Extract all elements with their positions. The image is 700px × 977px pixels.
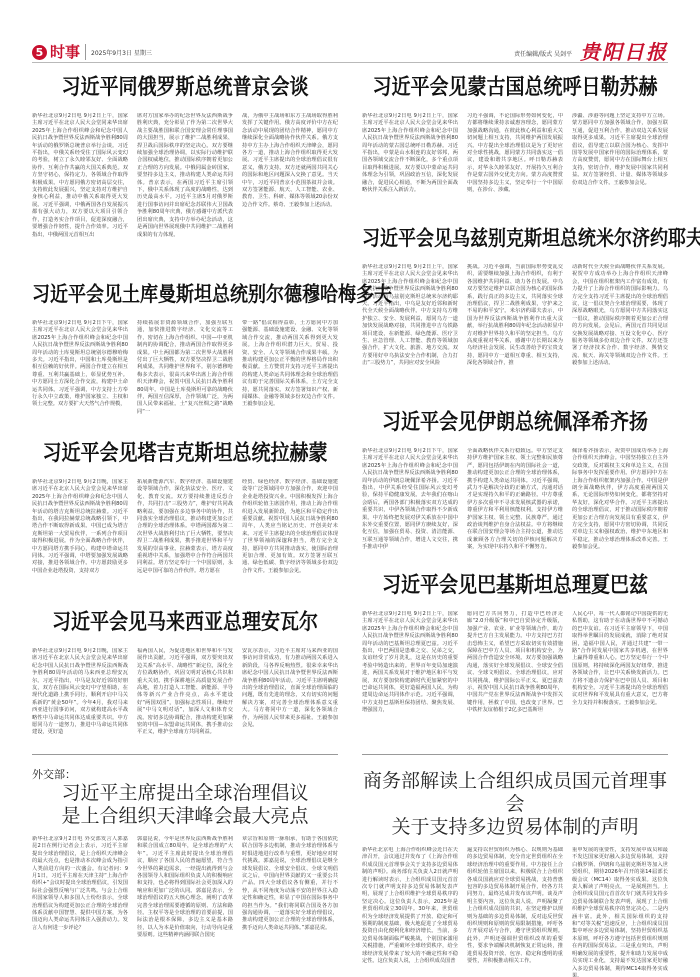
article-body: 新华社北京9月2日电 9月2日上午，国家主席习近平在北京人民大会堂会见来华出席2… <box>362 113 668 213</box>
article-column: 郭嘉昆说，今年是世界反法西斯战争胜利和联合国成立80周年，是全球治理的“大年”。… <box>137 836 233 958</box>
article-body: 新华社北京9月2日电 9月2日上午，国家主席习近平在北京人民大会堂会见来华出席2… <box>362 611 668 741</box>
article-column: 章宗旨和原则一脉相承，有助于各国依托联合国等多边机制，推动全球治理体系与时俱进地… <box>242 836 338 958</box>
article-kicker: 外交部： <box>32 766 338 782</box>
article-headline-line2: 是上合组织天津峰会最大亮点 <box>32 805 338 828</box>
article-column: 经贸、绿色经济、数字经济、基础设施建设等广泛领域同中方加强合作，欢迎中国企业赴塔… <box>242 479 338 589</box>
article-headline-line1: 商务部解读上合组织成员国元首理事会 <box>362 770 668 816</box>
article-body: 新华社北京9月2日电 9月2日晚，国家主席习近平在北京人民大会堂会见来华出席纪念… <box>32 648 338 740</box>
article-headline-line2: 关于支持多边贸易体制的声明 <box>362 816 668 839</box>
article-headline: 习近平会见土库曼斯坦总统别尔德穆哈梅多夫 <box>32 278 338 308</box>
article-column: 新华社北京9月2日电 9月2日晚，国家主席习近平在北京人民大会堂会见来华出席20… <box>32 479 128 589</box>
article-mongolia: 习近平会见蒙古国总统呼日勒苏赫 新华社北京9月2日电 9月2日上午，国家主席习近… <box>362 68 668 218</box>
article-headline: 习近平会见伊朗总统佩泽希齐扬 <box>362 405 668 436</box>
article-column: 动新时代全天候全面战略伙伴关系发展。祝贺中方成功举办上海合作组织天津峰会，中国在… <box>572 264 668 392</box>
article-column: 习近平强调，不论国际形势如何变化，中方都将继续秉持亲诚惠容理念，愿同蒙方加强战略… <box>467 113 563 213</box>
article-column: 席对方国家举办的纪念世界反法西斯战争胜利庆典，充分彰显了作为第二次世界大战主要战… <box>137 113 233 248</box>
article-column: 安瓦尔表示，习近平主席对马来西亚的国事访问非常成功，有力推动两国关系进入新阶段，… <box>242 648 338 740</box>
article-column: 佩泽希齐扬表示，祝贺中国成功举办上海合作组织天津峰会。中国坚持独立自主外交政策，… <box>572 448 668 558</box>
article-column: 新华社北京9月2日电 9月2日下午，国家主席习近平在北京人民大会堂会见来华出席2… <box>362 448 458 558</box>
article-body: 新华社北京电 上海合作组织峰会近日在天津召开，会议通过并发布了《上海合作组织成员… <box>362 847 668 977</box>
article-turkmenistan: 习近平会见土库曼斯坦总统别尔德穆哈梅多夫 新华社北京9月2日电 9月2日下午，国… <box>32 280 338 430</box>
article-malaysia: 习近平会见马来西亚总理安瓦尔 新华社北京9月2日电 9月2日晚，国家主席习近平在… <box>32 607 338 747</box>
article-body: 新华社北京9月2日电 9月2日下午，国家主席习近平在北京人民大会堂会见来华出席2… <box>362 448 668 558</box>
article-column: 新华社北京9月2日电 9月2日晚，国家主席习近平在北京人民大会堂会见来华出席纪念… <box>32 648 128 740</box>
issue-date: 2025年9月3日 星期三 <box>91 48 152 57</box>
article-column: 全面战略伙伴关系行稳致远。中方坚定支持伊方维护国家主权、领土完整和民族尊严，愿同… <box>467 448 563 558</box>
article-body: 新华社北京9月2日电 9月2日下午，国家主席习近平在北京人民大会堂会见来华出席2… <box>32 320 338 420</box>
article-headline: 习近平会见乌兹别克斯坦总统米尔济约耶夫 <box>362 222 668 252</box>
article-column: 持续拓展非资源领域合作，加强互联互通，加快推进数字经济、文化交流等工作，密切在上… <box>137 320 233 420</box>
article-column: 重申发展的重要性，支持发展中成员和最不发达国家更好融入多边贸易体制，支持白俄罗斯… <box>572 847 668 977</box>
article-iran: 习近平会见伊朗总统佩泽希齐扬 新华社北京9月2日电 9月2日下午，国家主席习近平… <box>362 407 668 557</box>
article-foreign-ministry: 外交部： 习近平主席提出全球治理倡议 是上合组织天津峰会最大亮点 新华社北京9月… <box>32 766 338 971</box>
article-headline: 习近平会见塔吉克斯坦总统拉赫蒙 <box>32 436 338 467</box>
editor-credit: 责任编辑/版式 吴剑平 <box>514 49 572 58</box>
article-body: 新华社北京9月2日电 9月2日上午，国家主席习近平在北京人民大会堂同来华出席20… <box>32 113 338 248</box>
article-body: 新华社北京9月2日电 9月2日晚，国家主席习近平在北京人民大会堂会见来华出席20… <box>32 479 338 589</box>
article-headline: 习近平同俄罗斯总统普京会谈 <box>32 70 338 101</box>
article-column: 福两国人民，为促进地区和世界和平与发展作出贡献。习近平强调，双方要突出双边关系“… <box>137 648 233 740</box>
article-column: 涉疆、涉港等问题上坚定支持中方立场。蒙方愿同中方加强各领域合作，加强互联互通，促… <box>572 113 668 213</box>
article-column: 战，为俄中主战场和东方主战场取得胜利发挥了关键作用。俄方高度评价中方在纪念活动中… <box>242 113 338 248</box>
article-pakistan: 习近平会见巴基斯坦总理夏巴兹 新华社北京9月2日电 9月2日上午，国家主席习近平… <box>362 570 668 740</box>
article-column: 新华社北京电 上海合作组织峰会近日在天津召开，会议通过并发布了《上海合作组织成员… <box>362 847 458 977</box>
article-headline-line1: 习近平主席提出全球治理倡议 <box>32 782 338 805</box>
article-body: 新华社北京9月2日电 外交部发言人郭嘉昆2日在例行记者会上表示，习近平主席提出全… <box>32 836 338 958</box>
article-headline: 习近平会见巴基斯坦总理夏巴兹 <box>362 568 668 599</box>
article-column: 拓展新能源汽车、数字经济、基础设施建设等领域合作，深化执法安全、医疗、文化、教育… <box>137 479 233 589</box>
article-column: 带一路”倡议相得益彰，土方愿同中方加强能源、基础设施建设、金融、文化等领域合作交… <box>242 320 338 420</box>
page-header: 5 时事 2025年9月3日 星期三 责任编辑/版式 吴剑平 贵阳日报 <box>32 42 668 63</box>
article-column: 人民心中，每一代人都铭记中国提供的无私帮助，这有助于在动荡世界中不可撼动的巴中友… <box>572 611 668 741</box>
article-commerce-ministry: 商务部解读上合组织成员国元首理事会 关于支持多边贸易体制的声明 新华社北京电 上… <box>362 770 668 970</box>
divider-rule <box>362 754 668 755</box>
header-left: 5 时事 2025年9月3日 星期三 <box>32 42 152 62</box>
header-right: 责任编辑/版式 吴剑平 贵阳日报 <box>514 36 668 65</box>
article-headline: 习近平会见蒙古国总统呼日勒苏赫 <box>362 70 668 101</box>
article-column: 新华社北京9月2日电 9月2日上午，国家主席习近平在北京人民大会堂会见来华出席2… <box>362 611 458 741</box>
divider-rule <box>32 754 338 755</box>
article-russia: 习近平同俄罗斯总统普京会谈 新华社北京9月2日电 9月2日上午，国家主席习近平在… <box>32 68 338 268</box>
article-column: 新华社北京9月2日电 9月2日下午，国家主席习近平在北京人民大会堂会见来华出席2… <box>32 320 128 420</box>
article-headline: 习近平会见马来西亚总理安瓦尔 <box>32 605 338 636</box>
article-column: 挑战。习近平强调，当前国际形势变乱交织，需要继续加强上海合作组织，有利于各国维护… <box>467 264 563 392</box>
article-column: 新华社北京9月2日电 9月2日上午，国家主席习近平在北京人民大会堂同来华出席20… <box>32 113 128 248</box>
article-column: 新华社北京9月2日电 9月2日上午，国家主席习近平在北京人民大会堂会见来华出席2… <box>362 113 458 213</box>
article-tajikistan: 习近平会见塔吉克斯坦总统拉赫蒙 新华社北京9月2日电 9月2日晚，国家主席习近平… <box>32 438 338 588</box>
section-title: 时事 <box>50 44 86 60</box>
article-body: 新华社北京9月2日电 9月2日上午，国家主席习近平在北京人民大会堂会见来华出席2… <box>362 264 668 392</box>
article-column: 新华社北京9月2日电 外交部发言人郭嘉昆2日在例行记者会上表示，习近平主席提出全… <box>32 836 128 958</box>
article-column: 遍支持以世贸组织为核心、以规则为基础的多边贸易体制，充分肯定世贸组织在全球经济治… <box>467 847 563 977</box>
page-number-badge: 5 <box>32 45 47 60</box>
masthead-logo: 贵阳日报 <box>580 36 668 65</box>
article-uzbekistan: 习近平会见乌兹别克斯坦总统米尔济约耶夫 新华社北京9月2日电 9月2日上午，国家… <box>362 224 668 394</box>
article-column: 愿同巴方共同努力，打造中巴经济走廊“2.0升级版”和中巴自贸协定升级版，加强产业… <box>467 611 563 741</box>
